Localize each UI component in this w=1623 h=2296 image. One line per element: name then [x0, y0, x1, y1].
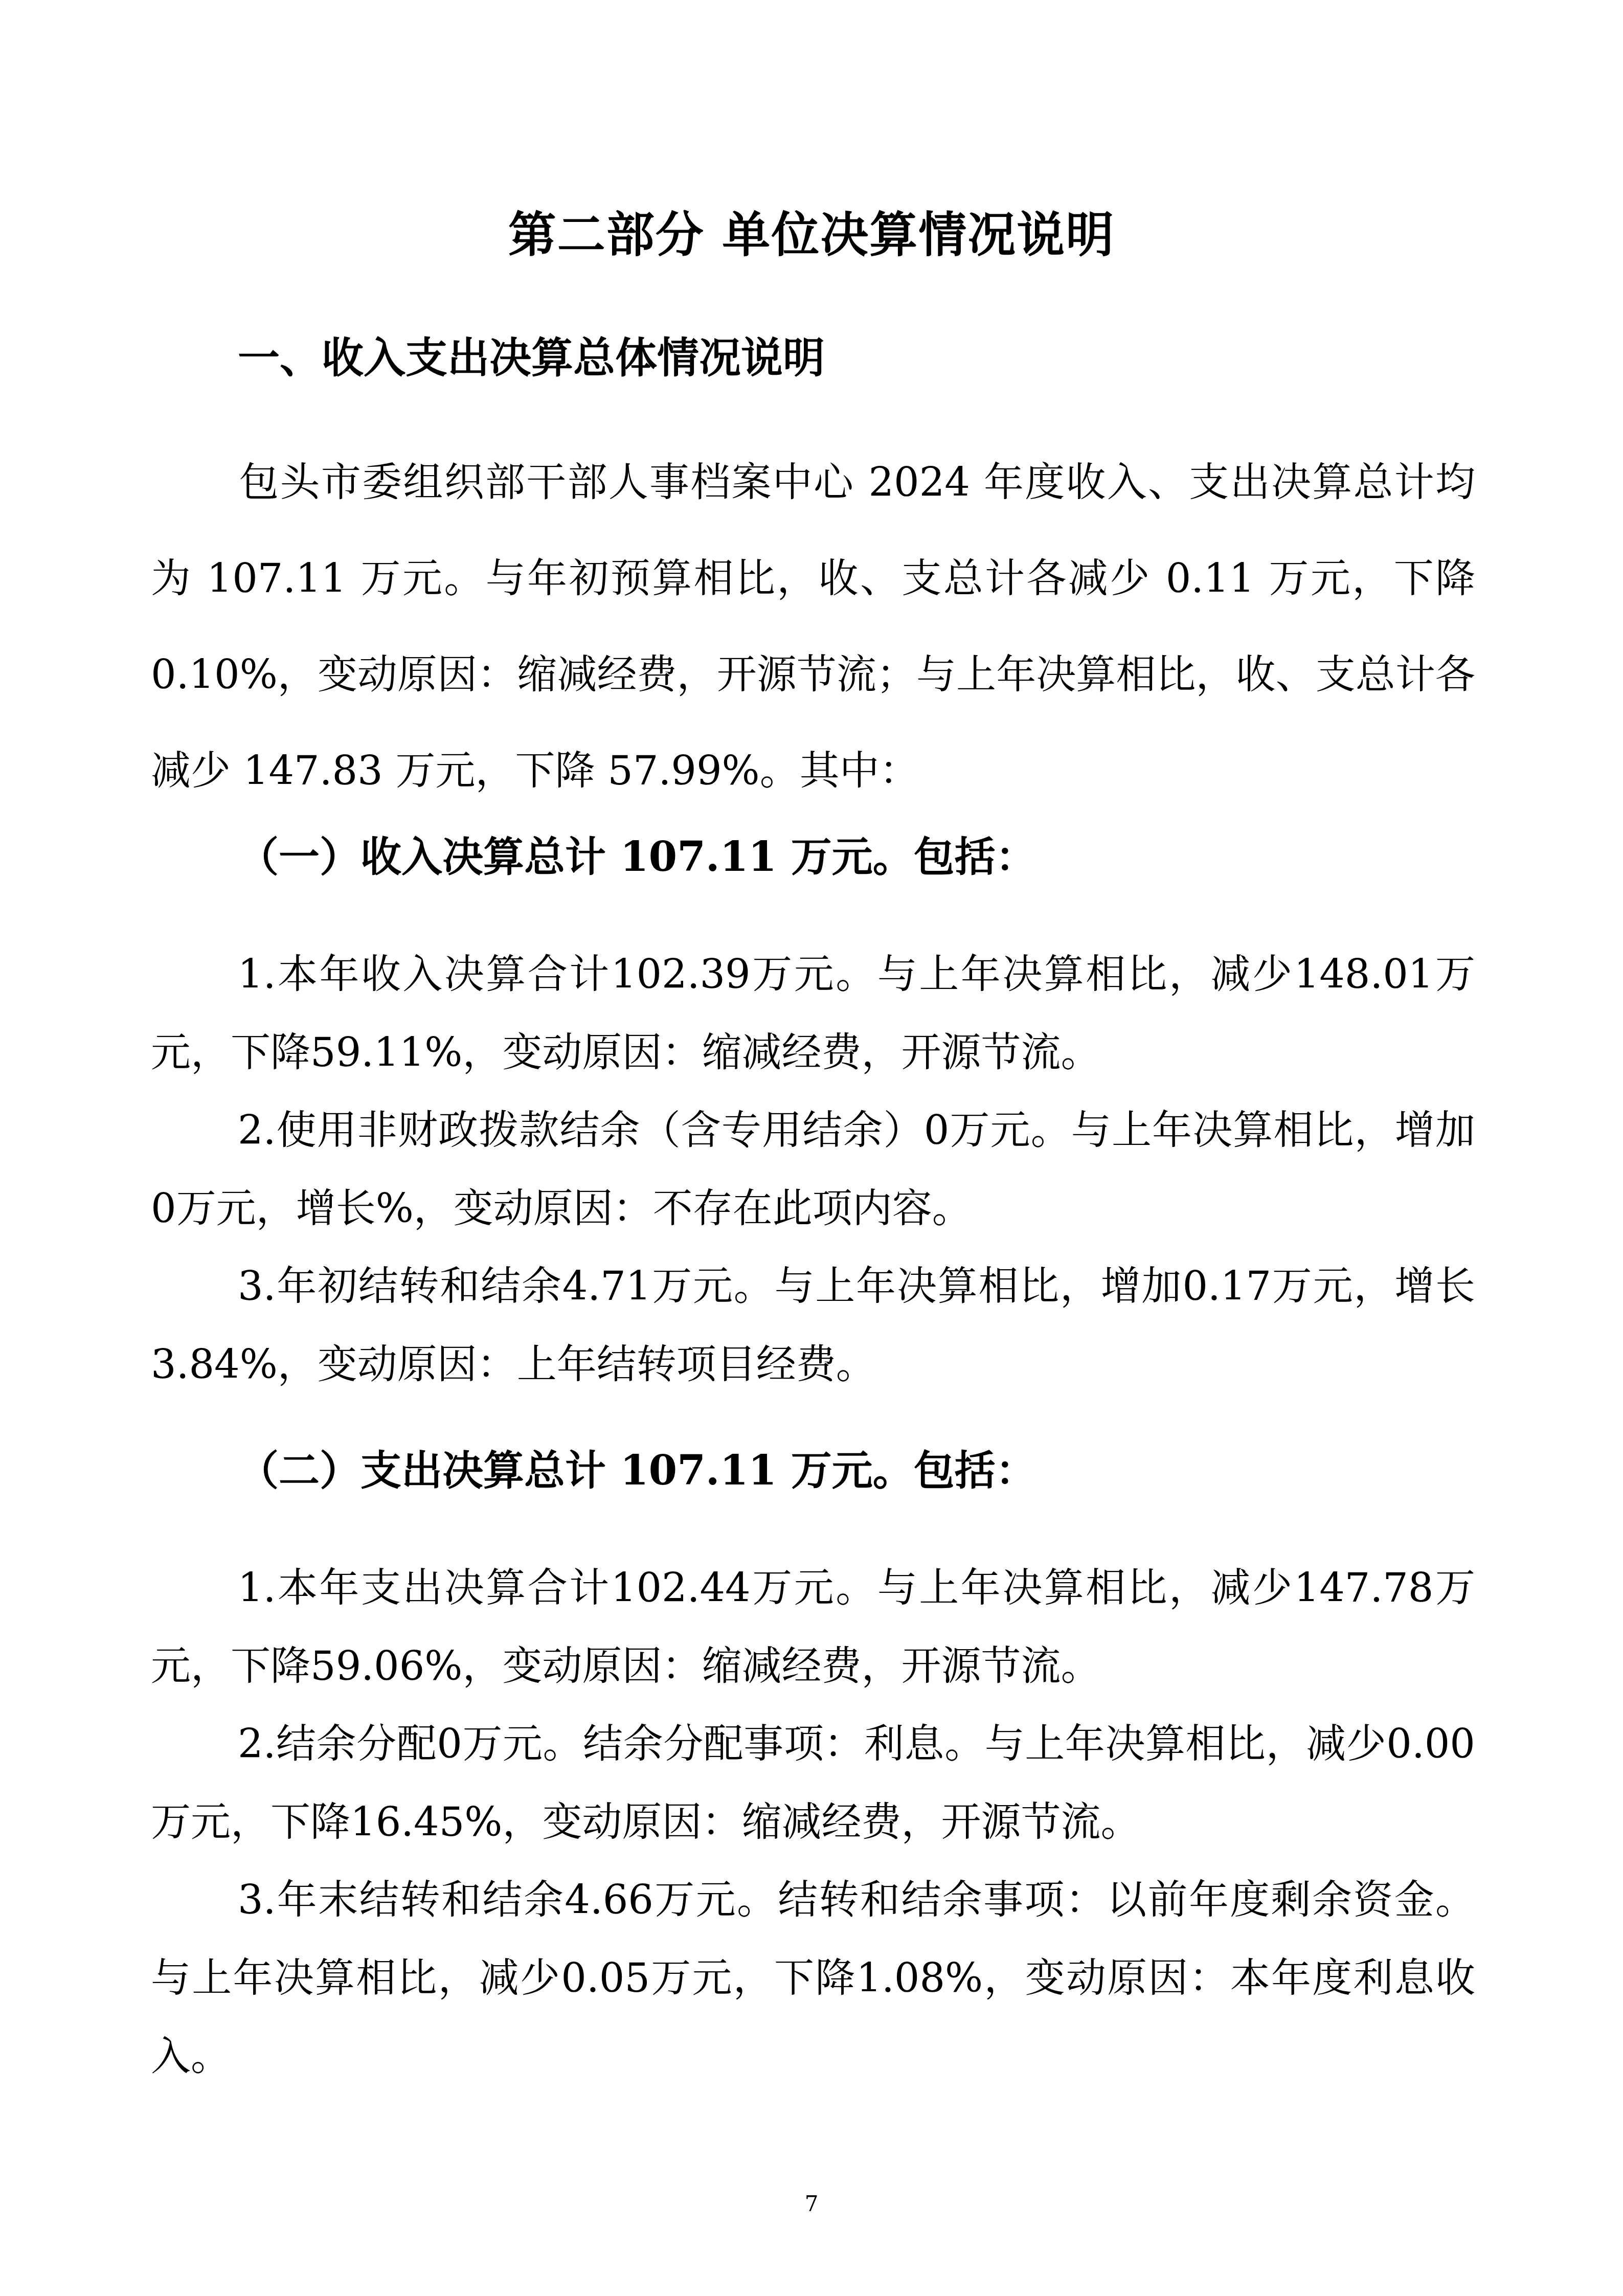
expenditure-item-2: 2.结余分配0万元。结余分配事项：利息。与上年决算相比，减少0.00万元，下降1…	[151, 1705, 1475, 1862]
income-heading: （一）收入决算总计 107.11 万元。包括：	[238, 826, 1036, 887]
page-title: 第二部分 单位决算情况说明	[0, 202, 1623, 268]
expenditure-item-3: 3.年末结转和结余4.66万元。结转和结余事项：以前年度剩余资金。与上年决算相比…	[151, 1861, 1475, 2096]
expenditure-heading: （二）支出决算总计 107.11 万元。包括：	[238, 1439, 1036, 1501]
expenditure-item-1: 1.本年支出决算合计102.44万元。与上年决算相比，减少147.78万元，下降…	[151, 1549, 1475, 1706]
document-page: 第二部分 单位决算情况说明 一、收入支出决算总体情况说明 包头市委组织部干部人事…	[0, 0, 1623, 2296]
income-item-1-text: 1.本年收入决算合计102.39万元。与上年决算相比，减少148.01万元，下降…	[151, 952, 1475, 1076]
income-item-3: 3.年初结转和结余4.71万元。与上年决算相比，增加0.17万元，增长3.84%…	[151, 1248, 1475, 1404]
income-item-1: 1.本年收入决算合计102.39万元。与上年决算相比，减少148.01万元，下降…	[151, 936, 1475, 1092]
overview-paragraph: 包头市委组织部干部人事档案中心 2024 年度收入、支出决算总计均为 107.1…	[151, 435, 1475, 819]
income-item-2: 2.使用非财政拨款结余（含专用结余）0万元。与上年决算相比，增加0万元，增长%，…	[151, 1092, 1475, 1248]
overview-text: 包头市委组织部干部人事档案中心 2024 年度收入、支出决算总计均为 107.1…	[151, 460, 1475, 794]
expenditure-item-1-text: 1.本年支出决算合计102.44万元。与上年决算相比，减少147.78万元，下降…	[151, 1565, 1475, 1690]
section-heading: 一、收入支出决算总体情况说明	[238, 327, 825, 389]
income-item-2-text: 2.使用非财政拨款结余（含专用结余）0万元。与上年决算相比，增加0万元，增长%，…	[151, 1108, 1475, 1232]
page-number: 7	[0, 2189, 1623, 2219]
expenditure-item-3-text: 3.年末结转和结余4.66万元。结转和结余事项：以前年度剩余资金。与上年决算相比…	[151, 1877, 1475, 2080]
income-item-3-text: 3.年初结转和结余4.71万元。与上年决算相比，增加0.17万元，增长3.84%…	[151, 1264, 1475, 1388]
expenditure-item-2-text: 2.结余分配0万元。结余分配事项：利息。与上年决算相比，减少0.00万元，下降1…	[151, 1721, 1475, 1845]
